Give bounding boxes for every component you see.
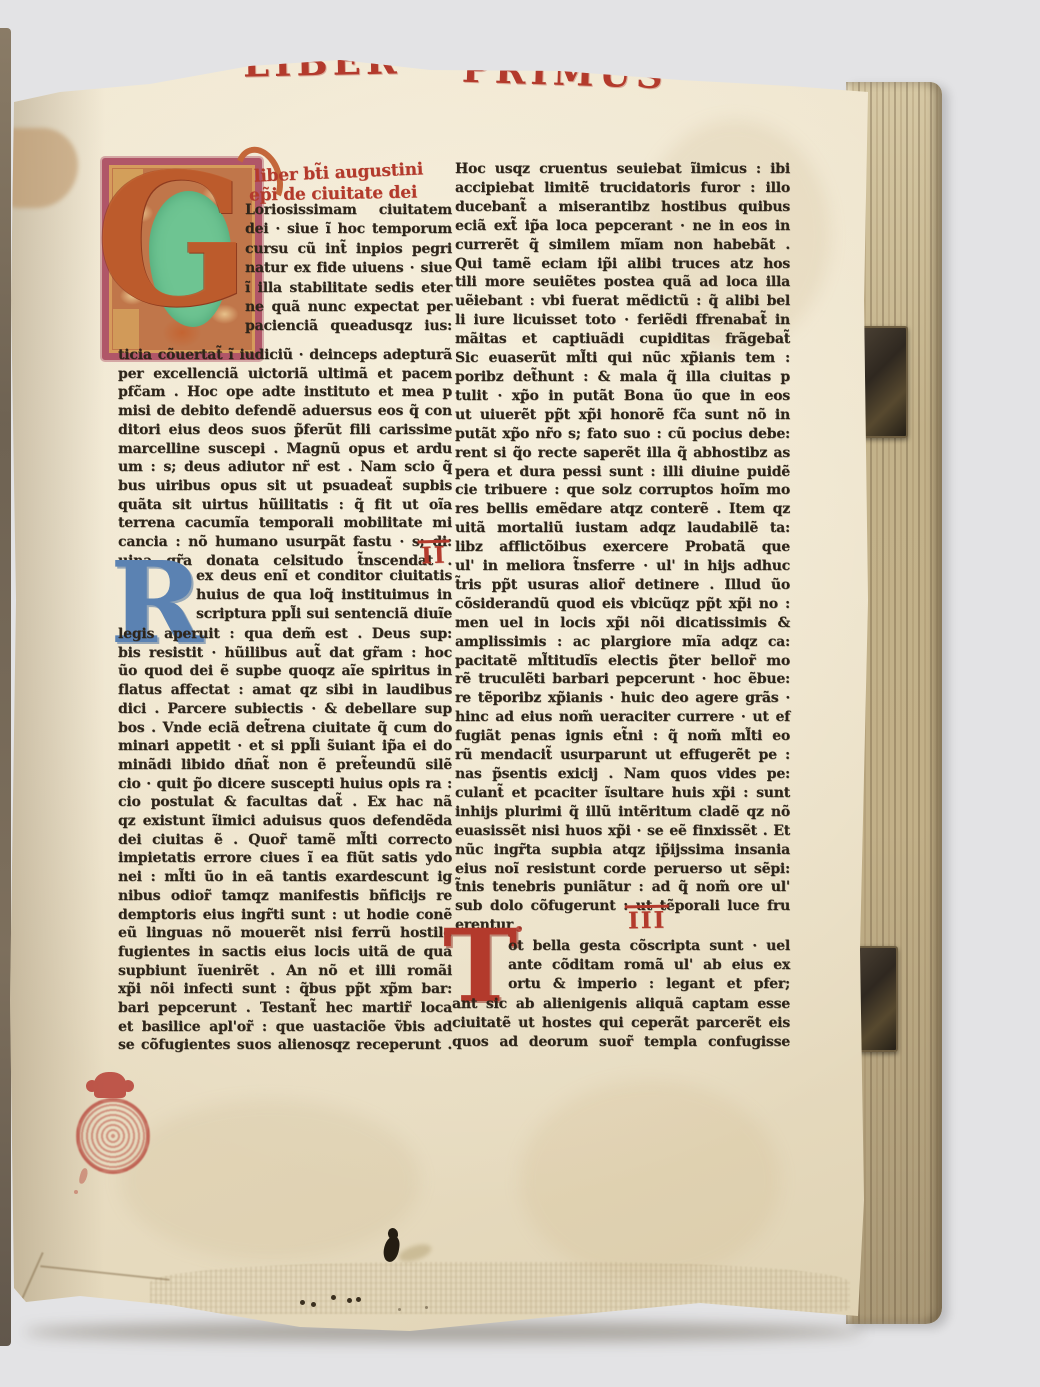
- wormhole: [300, 1300, 305, 1305]
- left-column-opening-beside-initial: Loriosissimam ciuitatemdei · siue ĩ hoc …: [245, 201, 452, 337]
- wormhole: [311, 1302, 316, 1307]
- bottom-grain-band: [150, 1262, 850, 1314]
- text-line: t̃ris pp̃t usuras alior̃ detinere . Illu…: [455, 576, 790, 595]
- text-line: bari pepcerunt . Testant̃ hec martir̃ lo…: [118, 999, 452, 1018]
- text-line: bus uiribus opus sit ut psuadeat̃ supbis: [118, 477, 452, 496]
- text-line: se cõfugientes suos alienosqz receperunt…: [118, 1036, 452, 1055]
- text-line: cursu cũ int̃ inpios pegri: [245, 240, 452, 259]
- text-line: accipiebat limitẽ trucidatoris furor : i…: [455, 179, 790, 198]
- text-line: ant sic ab alienigenis aliquã captam ess…: [452, 995, 790, 1014]
- text-line: Loriosissimam ciuitatem: [245, 201, 452, 220]
- text-line: rẽ truculẽti barbari pepcerunt · hoc ẽbu…: [455, 670, 790, 689]
- text-line: pacitatẽ ml̃titudĩs electis p̃ter bellor…: [455, 652, 790, 671]
- text-line: Hoc usqz cruentus seuiebat ĩimicus : ibi: [455, 160, 790, 179]
- text-line: dei ciuitas ẽ . Quor̃ tamẽ ml̃ti correct…: [118, 831, 452, 850]
- stamp-crown-dot: [122, 1080, 134, 1092]
- right-column-ch3-beside-initial: ot bella gesta cõscripta sunt · uelante …: [508, 937, 790, 995]
- text-line: nibus odior̃ tamqz manifestis bñficijs r…: [118, 887, 452, 906]
- paper-speck: [745, 60, 748, 63]
- text-line: minãdi libido dñat̃ non ẽ pret̃eundũ sil…: [118, 756, 452, 775]
- text-line: dici . Parcere subiectis · & debellare s…: [118, 700, 452, 719]
- text-line: ditori eius deos suos p̃ferũt fili caris…: [118, 421, 452, 440]
- aging-blotch: [520, 1080, 780, 1280]
- owner-stamp: [68, 1072, 188, 1192]
- paper-speck: [398, 1308, 401, 1311]
- chapter-numeral-ii: II: [418, 539, 450, 567]
- running-title-liber: LIBER: [243, 38, 402, 85]
- text-line: ortu & imperio : legant et pfer;: [508, 975, 790, 994]
- text-line: cie tribuere : que solz corruptos hoĩm m…: [455, 481, 790, 500]
- left-column-opening-full: ticia cõuertat̃ ĩ iudiciũ · deinceps ade…: [118, 346, 452, 570]
- text-line: nũc ingr̃ta supbia atqz ip̃ijssima insan…: [455, 841, 790, 860]
- text-line: bos . Vnde eciã det̃rena ciuitate q̃ cum…: [118, 719, 452, 738]
- binding-edge: [0, 28, 11, 1346]
- text-line: ũo quod dei ẽ supbe quoqz aĩe spiritus i…: [118, 662, 452, 681]
- text-line: misi de debito defendẽ aduersus eos q̃ c…: [118, 402, 452, 421]
- text-line: uẽiebant : vbi fuerat mẽdictũ : q̃ alibi…: [455, 292, 790, 311]
- text-line: eũ linguas nõ mouerẽt nisi ferrũ hostile: [118, 924, 452, 943]
- text-line: mãitas et captiuãdi cupiditas frãgebat̃: [455, 330, 790, 349]
- text-line: ĩ illa stabilitate sedis eter: [245, 279, 452, 298]
- text-line: demptoris eius ingr̃ti sunt : ut hodie c…: [118, 906, 452, 925]
- text-line: cio postulat & facultas dat̃ . Ex hac nã: [118, 793, 452, 812]
- stamp-drip: [78, 1167, 89, 1184]
- chapter-numeral-iii: III: [625, 905, 670, 933]
- text-line: ot bella gesta cõscripta sunt · uel: [508, 937, 790, 956]
- text-line: currerẽt q̃ similem mĩam non habebãt .: [455, 236, 790, 255]
- text-line: marcelline suscepi . Magnũ opus et ardu: [118, 440, 452, 459]
- text-line: eius noĩ resistunt corde peruerso ut sẽp…: [455, 860, 790, 879]
- text-line: nas p̃sentis exicij . Nam quos vides pe:: [455, 765, 790, 784]
- text-line: scriptura ppl̃i sui sentenciã diuĩe: [196, 605, 452, 624]
- text-line: putãt xp̃o nr̃o s; fato suo : cũ pocius …: [455, 425, 790, 444]
- text-line: men uel in locis xp̃i nõi dicatissimis &: [455, 614, 790, 633]
- text-line: legis aperuit : qua dem̃ est . Deus sup:: [118, 625, 452, 644]
- deckle-edge-shading: [0, 55, 880, 115]
- text-line: nei : ml̃ti ũo in eã tantis exardescunt …: [118, 868, 452, 887]
- text-line: flatus affectat : amat qz sibi in laudib…: [118, 681, 452, 700]
- right-column-ch3-full: ant sic ab alienigenis aliquã captam ess…: [452, 995, 790, 1053]
- text-line: ticia cõuertat̃ ĩ iudiciũ · deinceps ade…: [118, 346, 452, 365]
- text-line: pfc̃am . Hoc ope adte instituto et mea p: [118, 383, 452, 402]
- text-line: impietatis errore ciues ĩ ea fiũt satis …: [118, 849, 452, 868]
- running-title-primus: PRIMUS: [461, 47, 668, 97]
- text-line: Sic euaserũt ml̃ti qui nũc xp̃ianis tem …: [455, 349, 790, 368]
- text-line: natur ex fide uiuens · siue: [245, 259, 452, 278]
- text-line: fugiãt penas ignis et̃ni : q̃ nom̃ ml̃ti…: [455, 727, 790, 746]
- text-line: ut uiuerẽt pp̃t xp̃i honorẽ fc̃a sunt nõ…: [455, 406, 790, 425]
- text-line: pacienciã queadusqz ius:: [245, 317, 452, 336]
- text-line: dei · siue ĩ hoc temporum: [245, 220, 452, 239]
- text-line: hinc ad eius nom̃ ueraciter currere · ut…: [455, 708, 790, 727]
- text-line: et basilice apl'or̃ : que uastaciõe ṽbis…: [118, 1018, 452, 1037]
- text-line: ante cõditam romã ul' ab eius ex: [508, 956, 790, 975]
- text-line: amplissimis : ac plargiore mĩa adqz ca:: [455, 633, 790, 652]
- text-line: li iure licuisset toto · feriẽdi ffrenab…: [455, 311, 790, 330]
- text-line: tili more seuiẽtes postea quã ad loca il…: [455, 273, 790, 292]
- wormhole: [331, 1295, 336, 1300]
- text-line: ex deus enĩ et conditor ciuitatis: [196, 567, 452, 586]
- text-line: quos ad deorum suor̃ templa confugisse: [452, 1033, 790, 1052]
- wormhole: [356, 1297, 361, 1302]
- text-line: minari appetit · et si ppl̃i s̃uiant ip̃…: [118, 737, 452, 756]
- text-line: ciuitatẽ ut hostes qui ceperãt parcerẽt …: [452, 1014, 790, 1033]
- text-line: per excellenciã uictoriã ultimã et pacem: [118, 365, 452, 384]
- text-line: supbiunt ĩuenirẽt . An nõ et illi romãi: [118, 962, 452, 981]
- right-column-text: Hoc usqz cruentus seuiebat ĩimicus : ibi…: [455, 160, 790, 935]
- text-line: um : s; deus adiutor nr̃ est . Nam scio …: [118, 458, 452, 477]
- paper-speck: [425, 1306, 428, 1309]
- text-line: euasissẽt nisi huos xp̃i · se eẽ finxiss…: [455, 822, 790, 841]
- text-line: terrena cacumĩa temporali mobilitate mi: [118, 514, 452, 533]
- paper-speck: [431, 41, 434, 44]
- text-line: uitã mortaliũ iustam adqz laudabilẽ ta:: [455, 519, 790, 538]
- text-line: cõsiderandũ quod eis vbicũqz pp̃t xp̃i n…: [455, 595, 790, 614]
- text-line: pera et dura pessi sunt : illi diuine pu…: [455, 463, 790, 482]
- text-line: culant̃ et pcaciter ĩsultare huis xp̃i :…: [455, 784, 790, 803]
- initial-letter-g: G: [95, 149, 250, 331]
- text-line: tulit · xp̃o in putãt Bona ũo que in eos: [455, 387, 790, 406]
- text-line: Qui tamẽ eciam ip̃i alibi truces atz hos: [455, 255, 790, 274]
- text-line: bis resistit · hũilibus aut̃ dat gr̃am :…: [118, 644, 452, 663]
- stamp-roundel: [76, 1098, 150, 1174]
- text-line: libz afflictõibus exercere Probatã que: [455, 538, 790, 557]
- stamp-drip-dot: [74, 1190, 78, 1194]
- text-line: xp̃i nõi infecti sunt : q̃bus pp̃t xp̃m …: [118, 980, 452, 999]
- text-line: rũ mendacit̃ usurparunt ut effugerẽt pe …: [455, 746, 790, 765]
- text-line: rent si q̃o recte saperẽt illa q̃ abhost…: [455, 444, 790, 463]
- text-line: re tẽporibz xp̃ianis · huic deo agere gr…: [455, 689, 790, 708]
- text-line: huius de qua loq̃ instituimus in: [196, 586, 452, 605]
- text-line: poribz det̃hunt : & mala q̃ illa ciuitas…: [455, 368, 790, 387]
- text-line: quãta sit uirtus hũilitatis : q̃ fit ut …: [118, 496, 452, 515]
- left-column-ch2-full: legis aperuit : qua dem̃ est . Deus sup:…: [118, 625, 452, 1055]
- text-line: ul' in meliora t̃nsferre · ul' in hijs a…: [455, 557, 790, 576]
- text-line: res bellis emẽdare atqz conterẽ . Item q…: [455, 500, 790, 519]
- text-line: ducebant̃ a miserantibz hostibus quibus: [455, 198, 790, 217]
- text-line: eciã ext̃ ip̃a loca pepcerant · ne in eo…: [455, 217, 790, 236]
- text-line: fugientes in sactis eius locis uitã de q…: [118, 943, 452, 962]
- left-column-ch2-beside-initial: ex deus enĩ et conditor ciuitatishuius d…: [196, 567, 452, 625]
- stamp-crown-dot: [86, 1080, 98, 1092]
- text-line: inhijs plurimi q̃ illũ intẽritum cladẽ q…: [455, 803, 790, 822]
- text-line: qz existunt ĩimici aduisus quos defendẽd…: [118, 812, 452, 831]
- text-line: ne quã nunc expectat per: [245, 298, 452, 317]
- text-line: t̃nis tenebris puniãtur : ad q̃ nom̃ ore…: [455, 878, 790, 897]
- incunabulum-photo: LIBER PRIMUS G liber bt̃i augustini ep̃i…: [0, 0, 1040, 1387]
- wormhole: [347, 1298, 352, 1303]
- text-line: cio · quit p̃o dicere suscepti huius opi…: [118, 775, 452, 794]
